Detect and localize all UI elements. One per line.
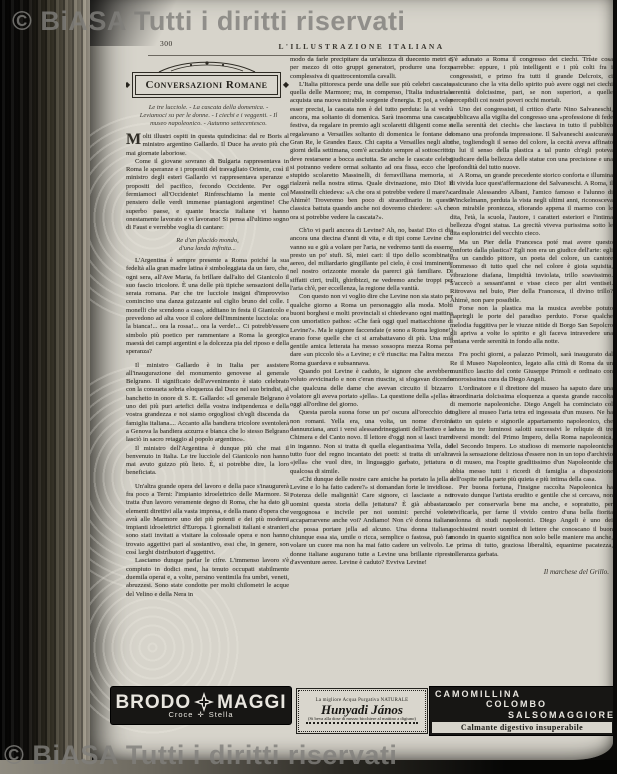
article-paragraph: Il ministro Gallardo è in Italia per ass… [126, 362, 289, 445]
verse-line: d'una landa infinita... [126, 245, 289, 253]
maggi-word: MAGGI [217, 693, 286, 712]
cross-icon: ✛ [197, 710, 204, 719]
brodo-maggi-logo: BRODO MAGGI [115, 692, 286, 712]
paragraph-text: olti illustri ospiti in questa quindicin… [126, 133, 289, 157]
column-2: modo da farle precipitare da un'altezza … [290, 56, 453, 684]
article-paragraph: Molti illustri ospiti in questa quindici… [126, 133, 289, 158]
brodo-word: BRODO [115, 693, 191, 712]
stella-word: Stella [209, 710, 234, 719]
article-paragraph: L'Italia pittoresca perde una delle sue … [290, 81, 453, 222]
hunyadi-tagline-bottom: (Si beva alla dose di mezzo bicchiere al… [308, 716, 416, 721]
article-paragraph: Uno dei congressisti, il critico d'arte … [450, 106, 613, 172]
paper-page: 300 L'ILLUSTRAZIONE ITALIANA ◆ Conversaz… [90, 0, 613, 760]
verse-quote: Re d'un placido mondo, d'una landa infin… [126, 237, 289, 253]
ad-camomillina-colombo: CAMOMILLINA COLOMBO SALSOMAGGIORE Calman… [429, 686, 613, 736]
article-paragraph: Lasciamo dunque parlar le cifre. L'immen… [126, 557, 289, 598]
article-summary: Le tre lucciole. - La cascata della dome… [138, 104, 279, 128]
article-paragraph: L'Argentina è sempre presente a Roma poi… [126, 257, 289, 357]
ad-hunyadi-janos: La migliore Acqua Purgativa NATURALE Hun… [296, 688, 428, 734]
hunyadi-brand-name: Hunyadi János [321, 703, 403, 717]
croce-stella-line: Croce ✛ Stella [168, 710, 233, 719]
article-paragraph: Ma un Pier della Francesca poté mai aver… [450, 239, 613, 305]
watermark-bottom: © BiASA Tutti i diritti riservati [4, 740, 397, 771]
article-paragraph: modo da farle precipitare da un'altezza … [290, 56, 453, 81]
article-paragraph: S'è adunato a Roma il congresso dei ciec… [450, 56, 613, 106]
column-3: S'è adunato a Roma il congresso dei ciec… [450, 56, 613, 684]
scanned-magazine-page: 300 L'ILLUSTRAZIONE ITALIANA ◆ Conversaz… [0, 0, 617, 774]
dotted-rule [306, 722, 418, 724]
article-paragraph: Per buona fortuna, l'insigne raccolta Na… [450, 484, 613, 559]
book-binding-shadow [0, 0, 92, 774]
colombo-line: COLOMBO [430, 700, 613, 710]
drop-cap: M [126, 133, 141, 146]
ad-brodo-maggi: BRODO MAGGI Croce ✛ Stella [110, 686, 292, 725]
maggi-star-cross-icon [194, 692, 214, 712]
article-paragraph: Come il giovane sovrano di Bulgaria rapp… [126, 158, 289, 233]
author-signature: Il marchese del Grillo. [450, 568, 613, 576]
article-paragraph: Quando poi Levine è caduto, le signore c… [290, 368, 453, 409]
camomillina-line: CAMOMILLINA [430, 690, 613, 700]
camomillina-tagline: Calmante digestivo insuperabile [432, 722, 612, 733]
article-paragraph: Un'altra grande opera del lavoro e della… [126, 483, 289, 558]
article-title: Conversazioni Romane [135, 75, 278, 95]
article-paragraph: Forse non la plastica ma la musica avreb… [450, 305, 613, 346]
verse-line: Re d'un placido mondo, [126, 237, 289, 245]
article-paragraph: «Chi dunque delle nostre care amiche ha … [290, 476, 453, 567]
column-1: ◆ Conversazioni Romane ◆ Le tre lucciole… [126, 60, 289, 684]
article-title-box: ◆ Conversazioni Romane ◆ [132, 60, 281, 98]
article-paragraph: Questa parola suona forse un po' oscura … [290, 409, 453, 475]
salsomaggiore-line: SALSOMAGGIORE [430, 711, 613, 721]
ornament-diamond-icon: ◆ [126, 81, 130, 89]
article-paragraph: Ch'io vi parli ancora di Levine? Ah, no,… [290, 227, 453, 293]
article-paragraph: Fra pochi giorni, a palazzo Primoli, sar… [450, 351, 613, 384]
masthead: L'ILLUSTRAZIONE ITALIANA [90, 42, 613, 51]
article-paragraph: Con questo non vi voglio dire che Levine… [290, 293, 453, 368]
article-paragraph: Il ministro dell'Argentina è dunque più … [126, 445, 289, 478]
croce-word: Croce [168, 710, 193, 719]
article-paragraph: A Roma, un grande precedente storico con… [450, 172, 613, 238]
article-paragraph: L'ordinatore e il direttore del museo ha… [450, 385, 613, 485]
title-frame: ◆ Conversazioni Romane ◆ [132, 72, 281, 98]
ornament-diamond-icon: ◆ [283, 81, 289, 89]
watermark-top: © BiASA Tutti i diritti riservati [12, 6, 405, 37]
